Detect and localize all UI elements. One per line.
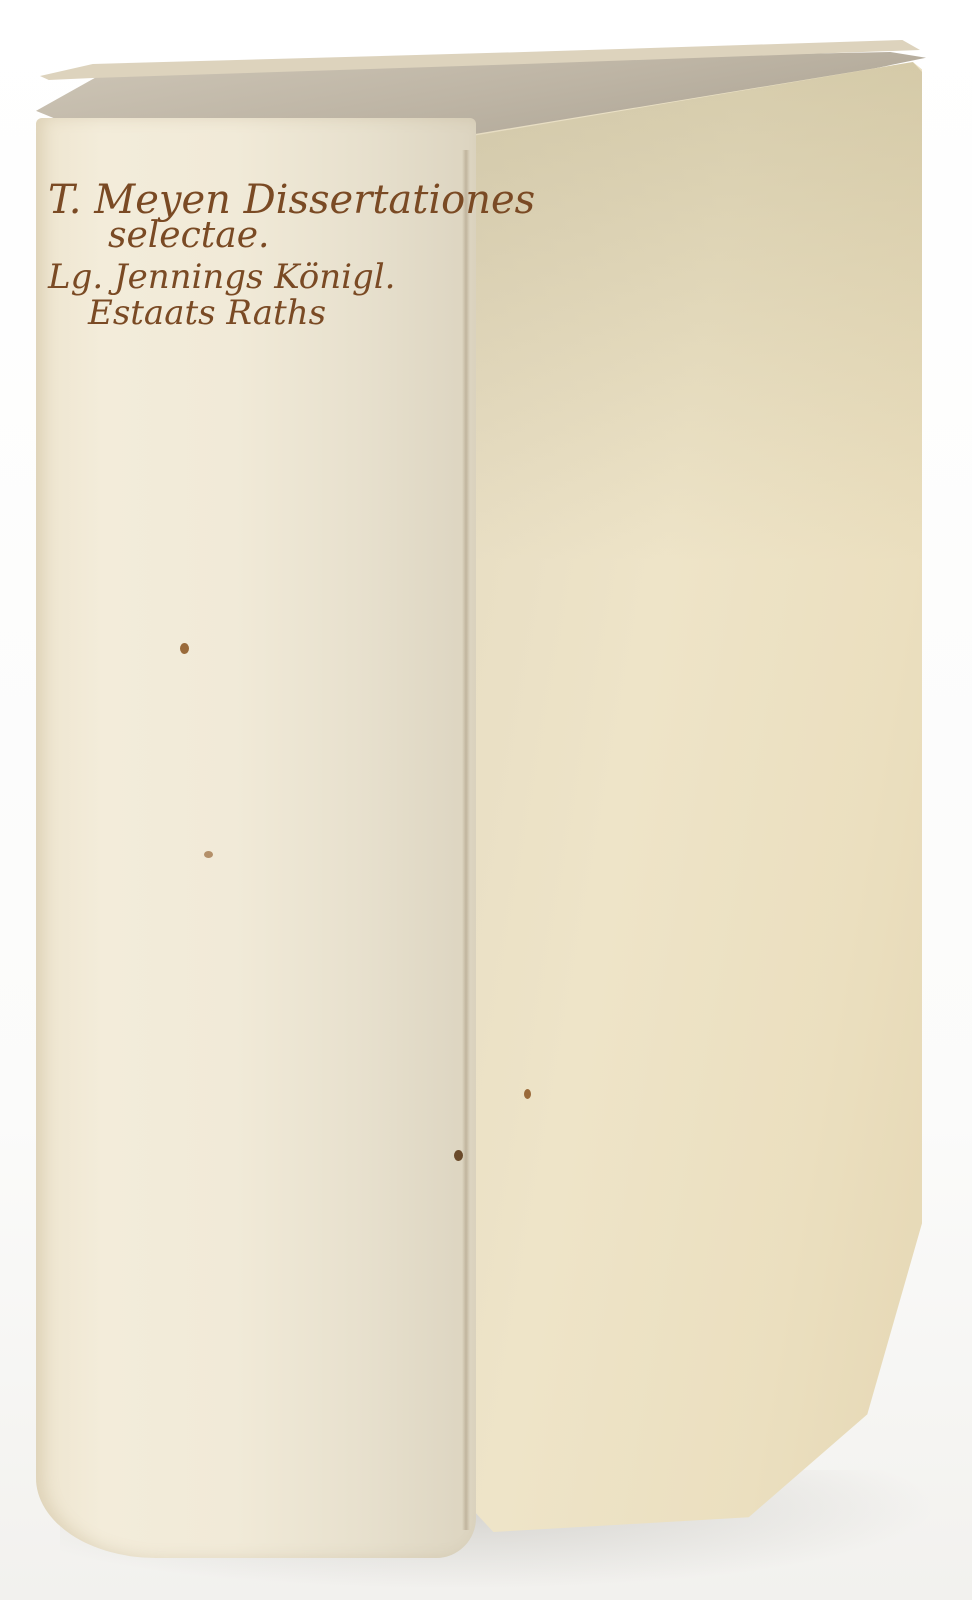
inscription-line-4: Estaats Raths: [88, 296, 518, 330]
spine-hinge: [462, 150, 470, 1530]
inscription-line-2: selectae.: [108, 218, 538, 254]
foxing-spot: [180, 643, 189, 654]
inscription-line-3: Lg. Jennings Königl.: [48, 260, 478, 294]
foxing-spot: [204, 851, 213, 858]
book-spine: [36, 118, 476, 1558]
foxing-spot: [454, 1150, 463, 1161]
cover-soiling: [466, 62, 922, 562]
spine-inscription: T. Meyen Dissertationes selectae. Lg. Je…: [48, 180, 478, 324]
inscription-line-1: T. Meyen Dissertationes: [48, 180, 478, 220]
foxing-spot: [524, 1089, 531, 1099]
